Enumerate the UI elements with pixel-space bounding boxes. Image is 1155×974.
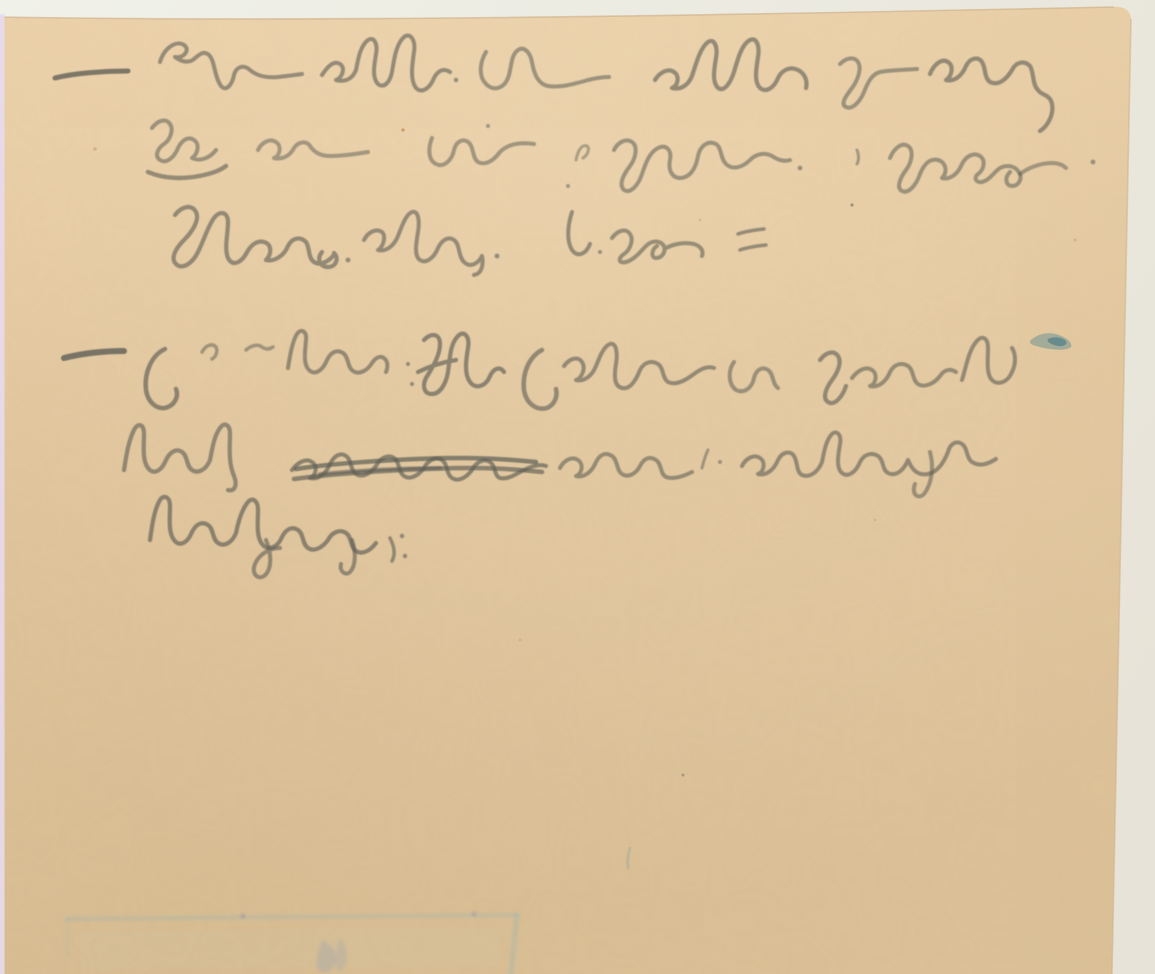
dot — [566, 184, 570, 188]
stamp-band — [80, 928, 500, 970]
dot — [454, 78, 458, 82]
dot — [495, 254, 500, 259]
dot — [718, 460, 722, 464]
dot — [850, 203, 853, 206]
scanned-note: Scanned handwritten note: pencil cursive… — [0, 0, 1155, 974]
dot — [401, 128, 404, 131]
dot — [472, 912, 476, 916]
dot — [241, 914, 245, 918]
dot — [410, 382, 414, 386]
paper-vignette — [0, 0, 1155, 974]
dot — [93, 147, 97, 151]
dot — [699, 219, 702, 222]
dot — [519, 639, 522, 642]
scan-edge-strip — [0, 14, 5, 974]
scan-canvas — [0, 0, 1155, 974]
dot — [1074, 239, 1077, 242]
dot — [403, 554, 407, 558]
stamp-left-edge — [67, 919, 69, 956]
dot — [598, 250, 602, 254]
dot — [798, 166, 803, 171]
p1-l2-comma — [857, 150, 859, 164]
dot — [682, 774, 685, 777]
dot — [1091, 160, 1096, 165]
dot — [486, 124, 490, 128]
dot — [406, 362, 410, 366]
dot — [346, 258, 351, 263]
dot — [874, 519, 877, 522]
dot — [400, 534, 404, 538]
paper-sheet — [0, 0, 1155, 974]
